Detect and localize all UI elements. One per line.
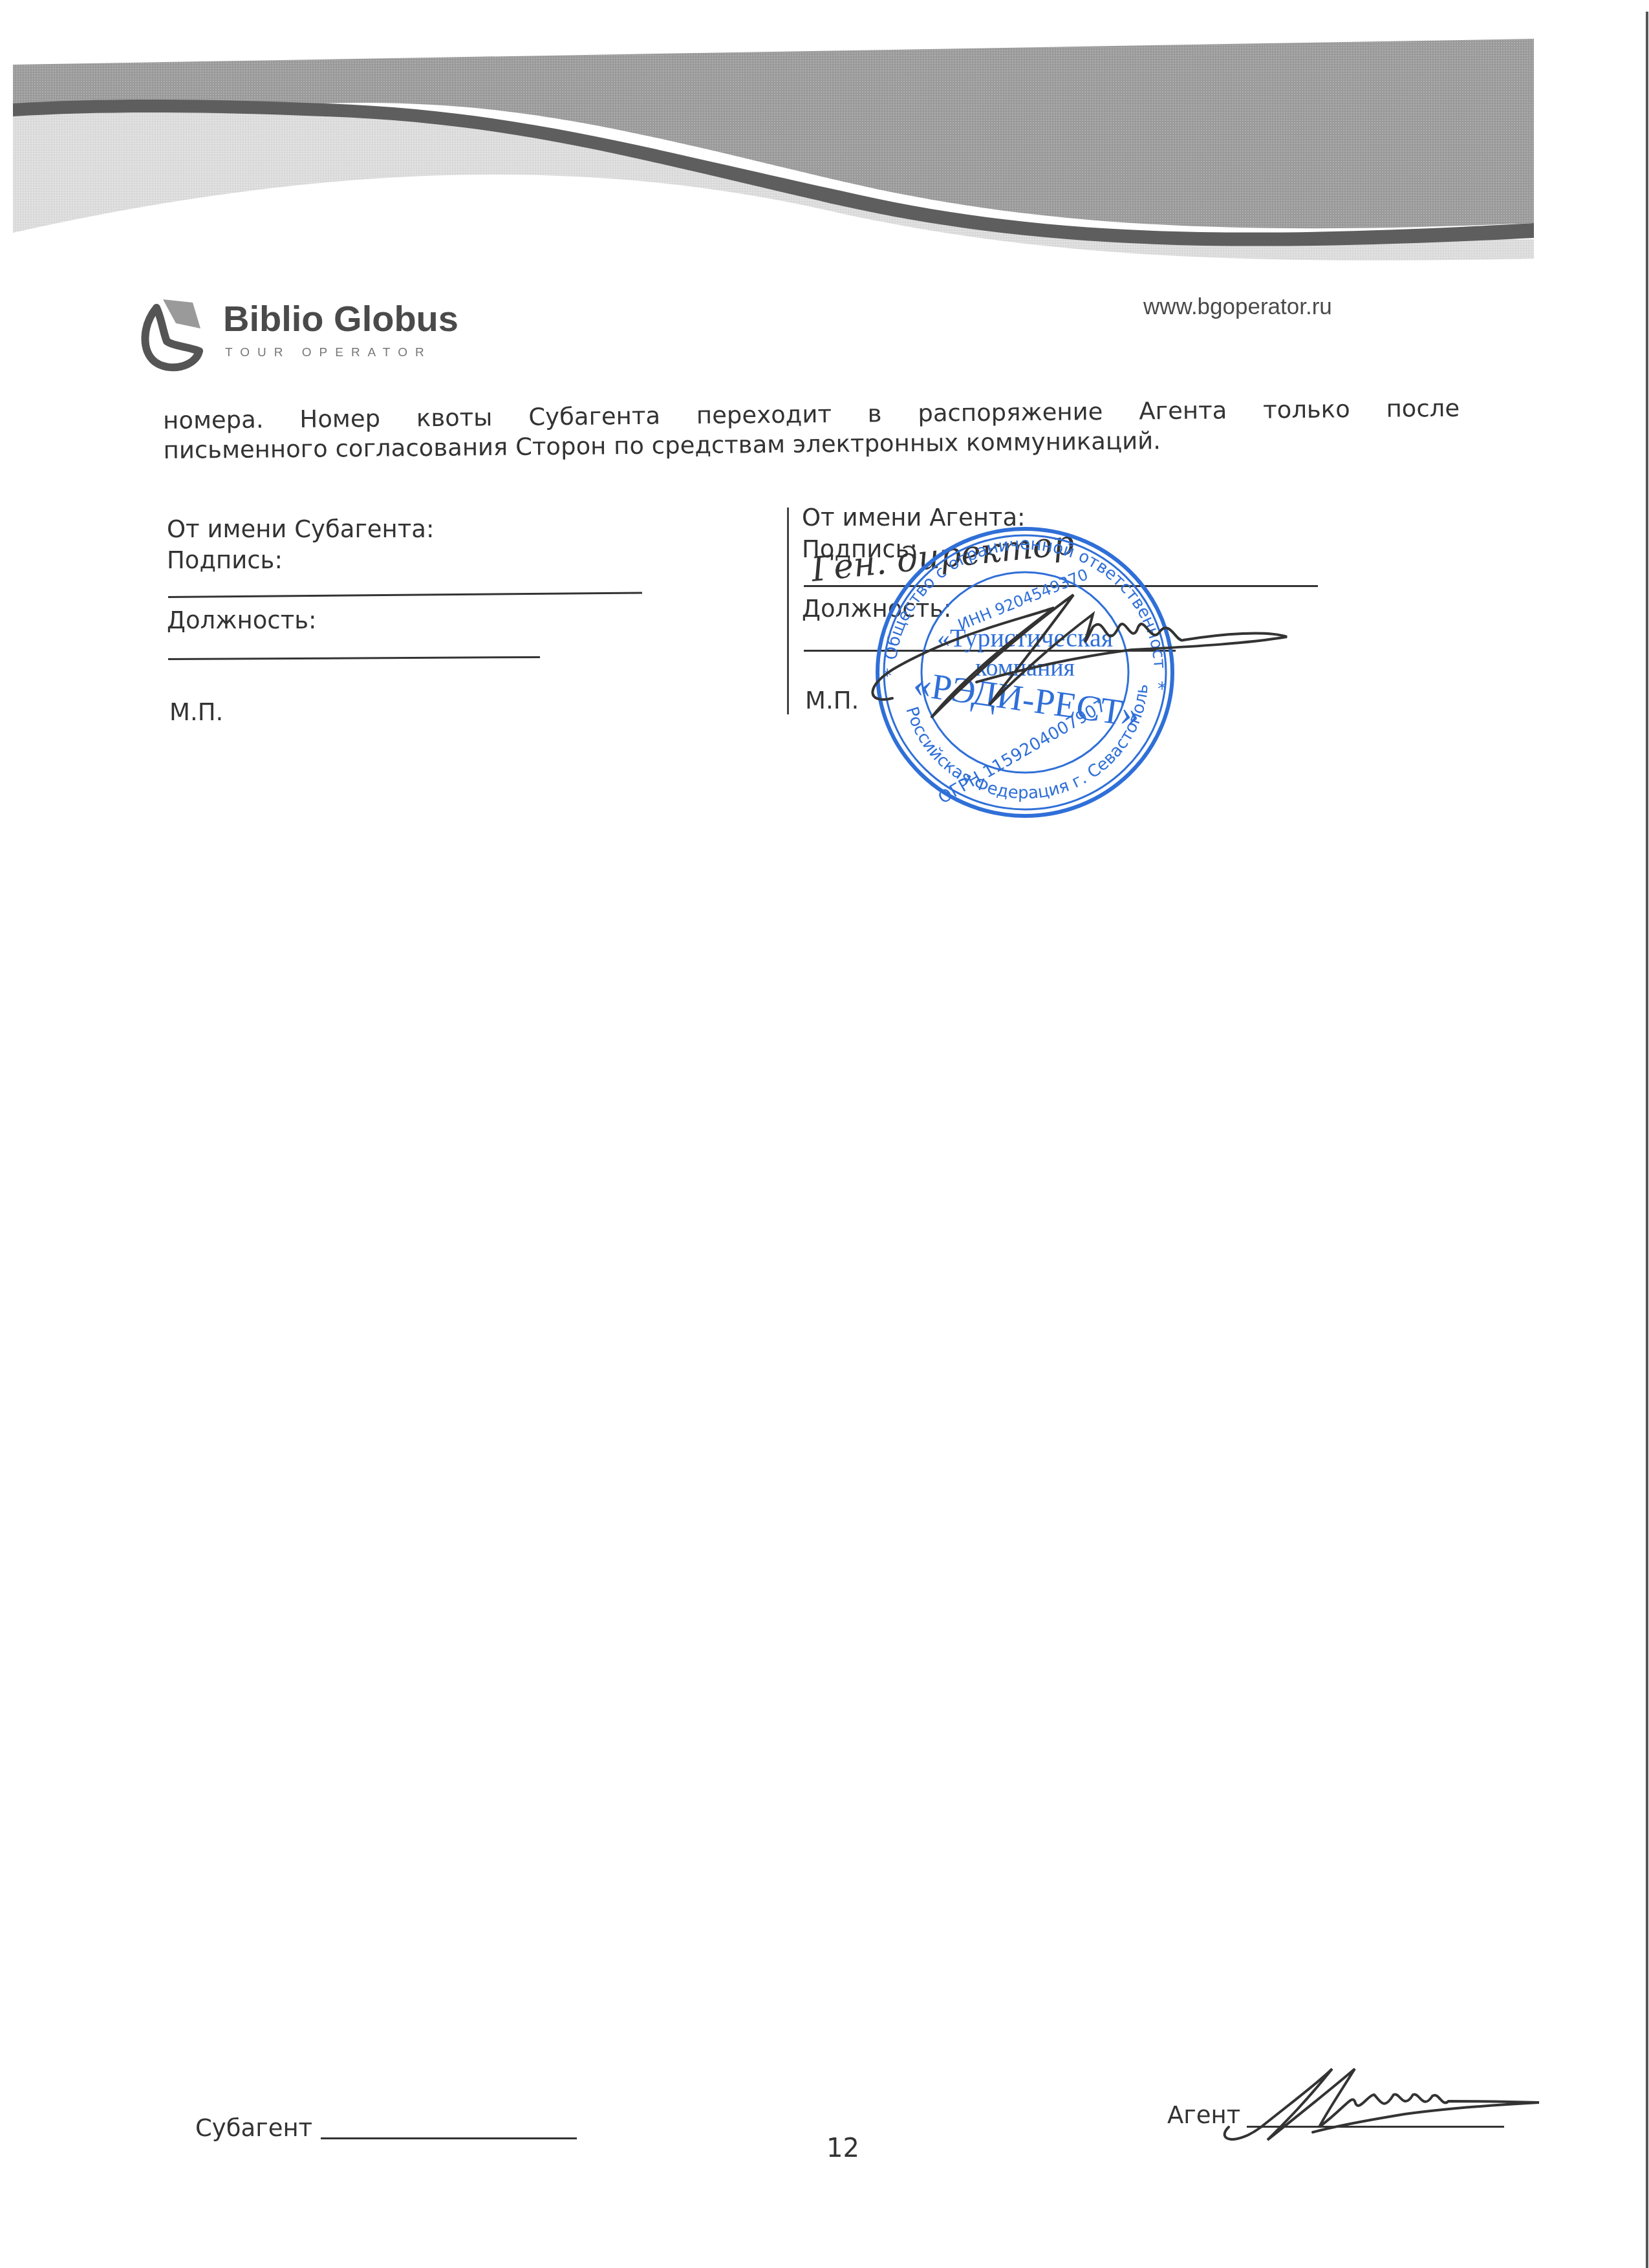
- subagent-position-line[interactable]: [168, 656, 540, 660]
- page-number: 12: [826, 2134, 859, 2163]
- svg-text:*: *: [883, 665, 892, 687]
- footer-agent-signature-line[interactable]: [1247, 2126, 1504, 2128]
- column-divider: [787, 508, 789, 714]
- header-wave-band: [0, 0, 1552, 272]
- subagent-seal-label: М.П.: [169, 697, 223, 728]
- agent-seal-label: М.П.: [805, 685, 859, 716]
- subagent-position-label: Должность:: [167, 605, 317, 636]
- footer-subagent-label: Субагент: [195, 2114, 312, 2142]
- footer-subagent-signature-line[interactable]: [321, 2137, 577, 2139]
- website-link[interactable]: www.bgoperator.ru: [1143, 294, 1332, 320]
- brand-name: Biblio Globus: [223, 297, 458, 339]
- scan-edge: [1646, 12, 1648, 2268]
- biblio-globus-logo-icon: [136, 296, 213, 374]
- subagent-signature-line[interactable]: [168, 592, 642, 598]
- contract-paragraph: номера. Номер квоты Субагента переходит …: [163, 394, 1460, 465]
- subagent-signature-label: Подпись:: [167, 545, 283, 576]
- svg-text:*: *: [1158, 678, 1167, 700]
- company-stamp-icon: Общество с ограниченной ответственностью…: [857, 511, 1193, 834]
- svg-text:«Туристическая: «Туристическая: [937, 623, 1113, 652]
- brand-subtitle: TOUR OPERATOR: [225, 346, 432, 360]
- footer-agent-signature-scribble: [1216, 2056, 1565, 2146]
- subagent-title: От имени Субагента:: [167, 514, 434, 545]
- footer-agent-label: Агент: [1167, 2101, 1240, 2129]
